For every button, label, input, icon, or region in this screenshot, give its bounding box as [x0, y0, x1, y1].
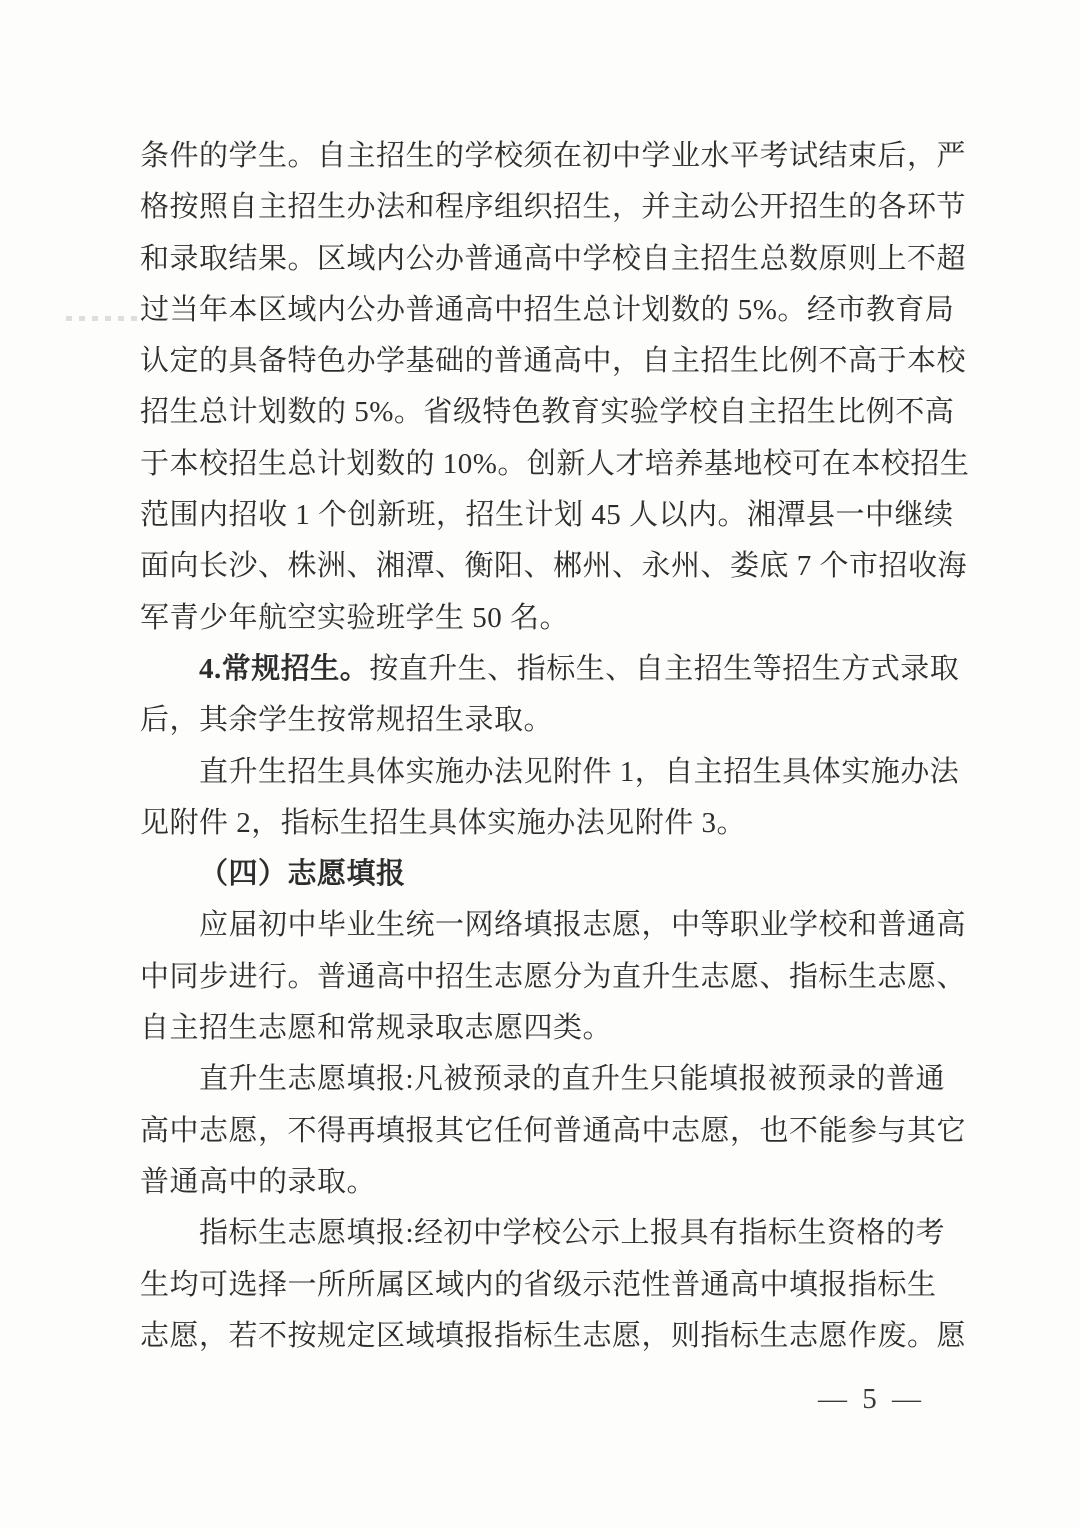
document-line: 于本校招生总计划数的 10%。创新人才培养基地校可在本校招生 — [140, 444, 970, 495]
document-line: 志愿，若不按规定区域填报指标生志愿，则指标生志愿作废。愿 — [140, 1316, 970, 1367]
document-line: 直升生招生具体实施办法见附件 1，自主招生具体实施办法 — [140, 752, 970, 803]
section-heading-4: （四）志愿填报 — [140, 854, 970, 905]
document-line: 直升生志愿填报:凡被预录的直升生只能填报被预录的普通 — [140, 1059, 970, 1110]
document-line: 格按照自主招生办法和程序组织招生，并主动公开招生的各环节 — [140, 187, 970, 238]
document-line: 和录取结果。区域内公办普通高中学校自主招生总数原则上不超 — [140, 239, 970, 290]
document-line: 招生总计划数的 5%。省级特色教育实验学校自主招生比例不高 — [140, 392, 970, 443]
document-line: 过当年本区域内公办普通高中招生总计划数的 5%。经市教育局 — [140, 290, 970, 341]
page-number: — 5 — — [818, 1383, 925, 1416]
document-line: 高中志愿，不得再填报其它任何普通高中志愿，也不能参与其它 — [140, 1111, 970, 1162]
scan-noise-artifact — [66, 316, 140, 321]
document-line-numbered-item: 4.常规招生。按直升生、指标生、自主招生等招生方式录取 — [140, 649, 970, 700]
document-line: 认定的具备特色办学基础的普通高中，自主招生比例不高于本校 — [140, 341, 970, 392]
document-line: 应届初中毕业生统一网络填报志愿，中等职业学校和普通高 — [140, 905, 970, 956]
document-line: 自主招生志愿和常规录取志愿四类。 — [140, 1008, 970, 1059]
document-line: 条件的学生。自主招生的学校须在初中学业水平考试结束后，严 — [140, 136, 970, 187]
document-line: 军青少年航空实验班学生 50 名。 — [140, 598, 970, 649]
item-4-heading: 4.常规招生。 — [199, 653, 369, 685]
document-line: 面向长沙、株洲、湘潭、衡阳、郴州、永州、娄底 7 个市招收海 — [140, 546, 970, 597]
item-4-body: 按直升生、指标生、自主招生等招生方式录取 — [369, 653, 959, 685]
document-line: 指标生志愿填报:经初中学校公示上报具有指标生资格的考 — [140, 1213, 970, 1264]
document-line: 后，其余学生按常规招生录取。 — [140, 700, 970, 751]
document-body: 条件的学生。自主招生的学校须在初中学业水平考试结束后，严 格按照自主招生办法和程… — [140, 136, 970, 1367]
document-line: 生均可选择一所所属区域内的省级示范性普通高中填报指标生 — [140, 1265, 970, 1316]
document-line: 范围内招收 1 个创新班，招生计划 45 人以内。湘潭县一中继续 — [140, 495, 970, 546]
document-line: 普通高中的录取。 — [140, 1162, 970, 1213]
scanned-document-page: 条件的学生。自主招生的学校须在初中学业水平考试结束后，严 格按照自主招生办法和程… — [0, 0, 1080, 1527]
document-line: 中同步进行。普通高中招生志愿分为直升生志愿、指标生志愿、 — [140, 957, 970, 1008]
document-line: 见附件 2，指标生招生具体实施办法见附件 3。 — [140, 803, 970, 854]
